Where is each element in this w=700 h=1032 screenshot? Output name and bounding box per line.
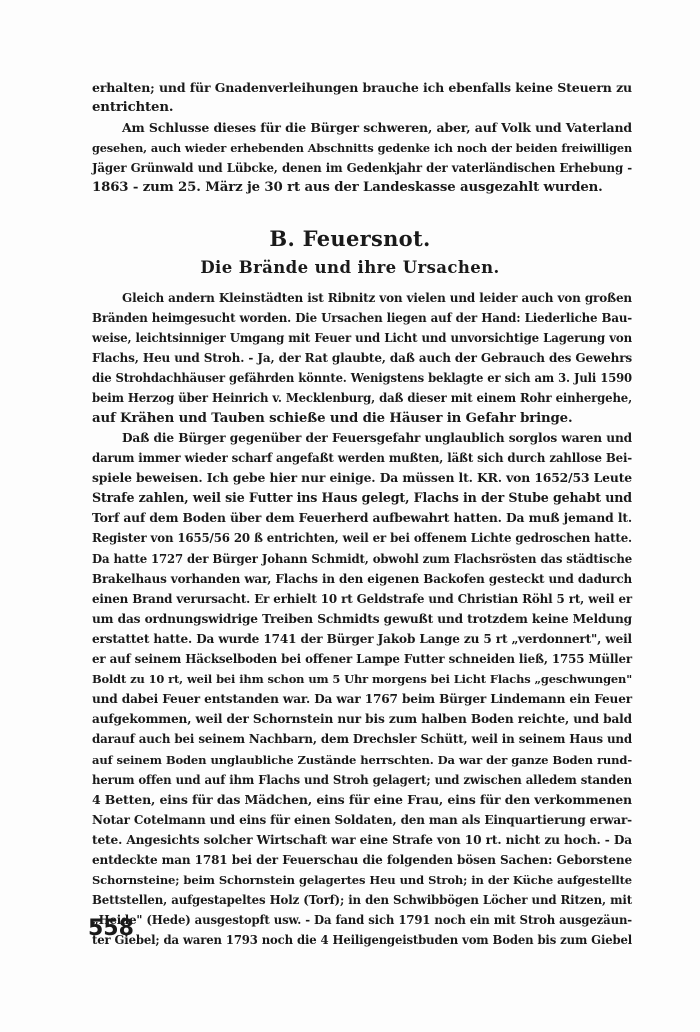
text-line: Torf auf dem Boden über dem Feuerherd au…	[92, 508, 632, 528]
text-line: spiele beweisen. Ich gebe hier nur einig…	[92, 468, 632, 488]
text-line: die Strohdachhäuser gefährden könnte. We…	[92, 368, 632, 388]
text-line: Gleich andern Kleinstädten ist Ribnitz v…	[92, 288, 632, 308]
text-line: Daß die Bürger gegenüber der Feuersgefah…	[92, 428, 632, 448]
text-line: beim Herzog über Heinrich v. Mecklenburg…	[92, 388, 632, 408]
text-line: Am Schlusse dieses für die Bürger schwer…	[92, 118, 632, 138]
text-line: Bettstellen, aufgestapeltes Holz (Torf);…	[92, 890, 632, 910]
text-line: gesehen, auch wieder erhebenden Abschnit…	[92, 138, 632, 158]
text-line: Boldt zu 10 rt, weil bei ihm schon um 5 …	[92, 669, 632, 689]
paragraph: Daß die Bürger gegenüber der Feuersgefah…	[92, 428, 632, 950]
body-text-1: Gleich andern Kleinstädten ist Ribnitz v…	[92, 288, 632, 429]
paragraph: Gleich andern Kleinstädten ist Ribnitz v…	[92, 288, 632, 429]
text-line: Schornsteine; beim Schornstein gelagerte…	[92, 870, 632, 890]
body-text-2: Daß die Bürger gegenüber der Feuersgefah…	[92, 428, 632, 950]
text-line: Da hatte 1727 der Bürger Johann Schmidt,…	[92, 549, 632, 569]
text-line: herum offen und auf ihm Flachs und Stroh…	[92, 770, 632, 790]
text-line: Brakelhaus vorhanden war, Flachs in den …	[92, 569, 632, 589]
text-line: Register von 1655/56 20 ß entrichten, we…	[92, 528, 632, 548]
text-line: auf seinem Boden unglaubliche Zustände h…	[92, 750, 632, 770]
page-number: 558	[88, 916, 134, 941]
text-line: Jäger Grünwald und Lübcke, denen im Gede…	[92, 158, 632, 178]
text-line: „Heide" (Hede) ausgestopft usw. - Da fan…	[92, 910, 632, 930]
text-line: aufgekommen, weil der Schornstein nur bi…	[92, 709, 632, 729]
paragraph: erhalten; und für Gnadenverleihungen bra…	[92, 78, 632, 118]
text-line: ter Giebel; da waren 1793 noch die 4 Hei…	[92, 930, 632, 950]
text-line: 4 Betten, eins für das Mädchen, eins für…	[92, 790, 632, 810]
text-line: Strafe zahlen, weil sie Futter ins Haus …	[92, 488, 632, 508]
text-line: einen Brand verursacht. Er erhielt 10 rt…	[92, 589, 632, 609]
text-line: darum immer wieder scharf angefaßt werde…	[92, 448, 632, 468]
text-line: Notar Cotelmann und eins für einen Solda…	[92, 810, 632, 830]
text-line: entrichten.	[92, 98, 632, 118]
text-line: erstattet hatte. Da wurde 1741 der Bürge…	[92, 629, 632, 649]
paragraph: Am Schlusse dieses für die Bürger schwer…	[92, 118, 632, 198]
text-line: Flachs, Heu und Stroh. - Ja, der Rat gla…	[92, 348, 632, 368]
book-page: erhalten; und für Gnadenverleihungen bra…	[0, 0, 700, 1032]
text-line: um das ordnungswidrige Treiben Schmidts …	[92, 609, 632, 629]
text-line: entdeckte man 1781 bei der Feuerschau di…	[92, 850, 632, 870]
text-line: tete. Angesichts solcher Wirtschaft war …	[92, 830, 632, 850]
text-line: er auf seinem Häckselboden bei offener L…	[92, 649, 632, 669]
text-line: und dabei Feuer entstanden war. Da war 1…	[92, 689, 632, 709]
text-line: erhalten; und für Gnadenverleihungen bra…	[92, 78, 632, 98]
text-line: weise, leichtsinniger Umgang mit Feuer u…	[92, 328, 632, 348]
text-line: 1863 - zum 25. März je 30 rt aus der Lan…	[92, 178, 632, 198]
subsection-heading: Die Brände und ihre Ursachen.	[0, 258, 700, 277]
text-line: Bränden heimgesucht worden. Die Ursachen…	[92, 308, 632, 328]
text-line: auf Krähen und Tauben schieße und die Hä…	[92, 409, 632, 429]
section-heading: B. Feuersnot.	[0, 226, 700, 251]
text-line: darauf auch bei seinem Nachbarn, dem Dre…	[92, 729, 632, 749]
intro-text: erhalten; und für Gnadenverleihungen bra…	[92, 78, 632, 199]
